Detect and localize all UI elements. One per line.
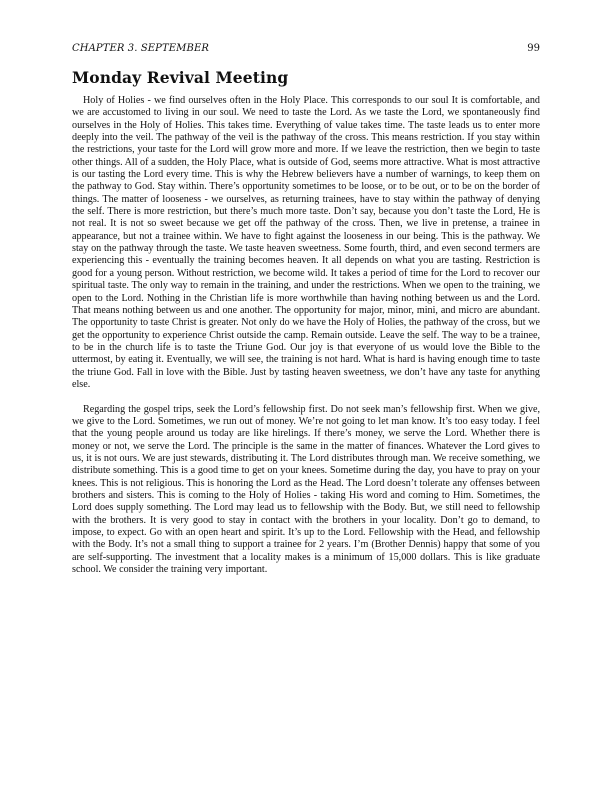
body-text: Holy of Holies - we find ourselves often… xyxy=(72,95,540,576)
paragraph: Regarding the gospel trips, seek the Lor… xyxy=(72,404,540,577)
page-number: 99 xyxy=(527,43,540,54)
section-title: Monday Revival Meeting xyxy=(72,68,288,87)
document-page: CHAPTER 3. SEPTEMBER 99 Monday Revival M… xyxy=(0,0,612,792)
chapter-heading: CHAPTER 3. SEPTEMBER xyxy=(72,43,209,54)
paragraph: Holy of Holies - we find ourselves often… xyxy=(72,95,540,391)
running-header: CHAPTER 3. SEPTEMBER 99 xyxy=(72,43,540,57)
